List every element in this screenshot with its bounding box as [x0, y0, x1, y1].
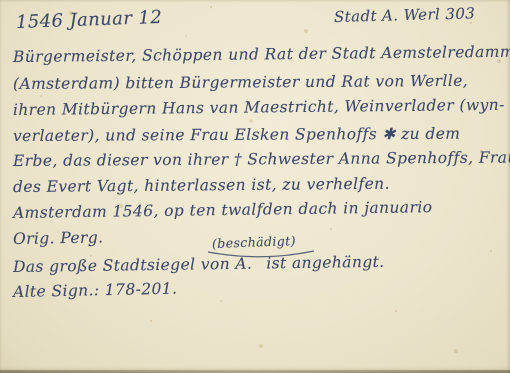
old-signature-line: Alte Sign.: 178-201.: [13, 280, 178, 301]
card-date: 1546 Januar 12: [16, 7, 163, 33]
regest-text-line: verlaeter), und seine Frau Elsken Spenho…: [13, 125, 460, 145]
regest-text-line: (Amsterdam) bitten Bürgermeister und Rat…: [13, 72, 468, 93]
paper-foxing-texture: [0, 0, 2, 2]
seal-condition-insertion: (beschädigt): [212, 233, 296, 251]
regest-text-line: Erbe, das dieser von ihrer † Schwester A…: [13, 148, 510, 170]
archive-reference: Stadt A. Werl 303: [334, 4, 476, 26]
regest-text-line: ihren Mitbürgern Hans van Maestricht, We…: [13, 96, 505, 119]
material-note: Orig. Perg.: [13, 228, 104, 248]
seal-note-line: Das große Stadtsiegel von A.ist angehäng…: [13, 253, 385, 276]
seal-note-after: ist angehängt.: [266, 253, 385, 273]
regest-text-line: des Evert Vagt, hinterlassen ist, zu ver…: [13, 175, 390, 196]
regest-text-line: Bürgermeister, Schöppen und Rat der Stad…: [13, 43, 510, 66]
dating-clause-line: Amsterdam 1546, op ten twalfden dach in …: [13, 198, 433, 222]
archive-index-card: 1546 Januar 12 Stadt A. Werl 303 Bürgerm…: [0, 0, 510, 373]
seal-note-before: Das große Stadtsiegel von A.: [13, 255, 253, 276]
